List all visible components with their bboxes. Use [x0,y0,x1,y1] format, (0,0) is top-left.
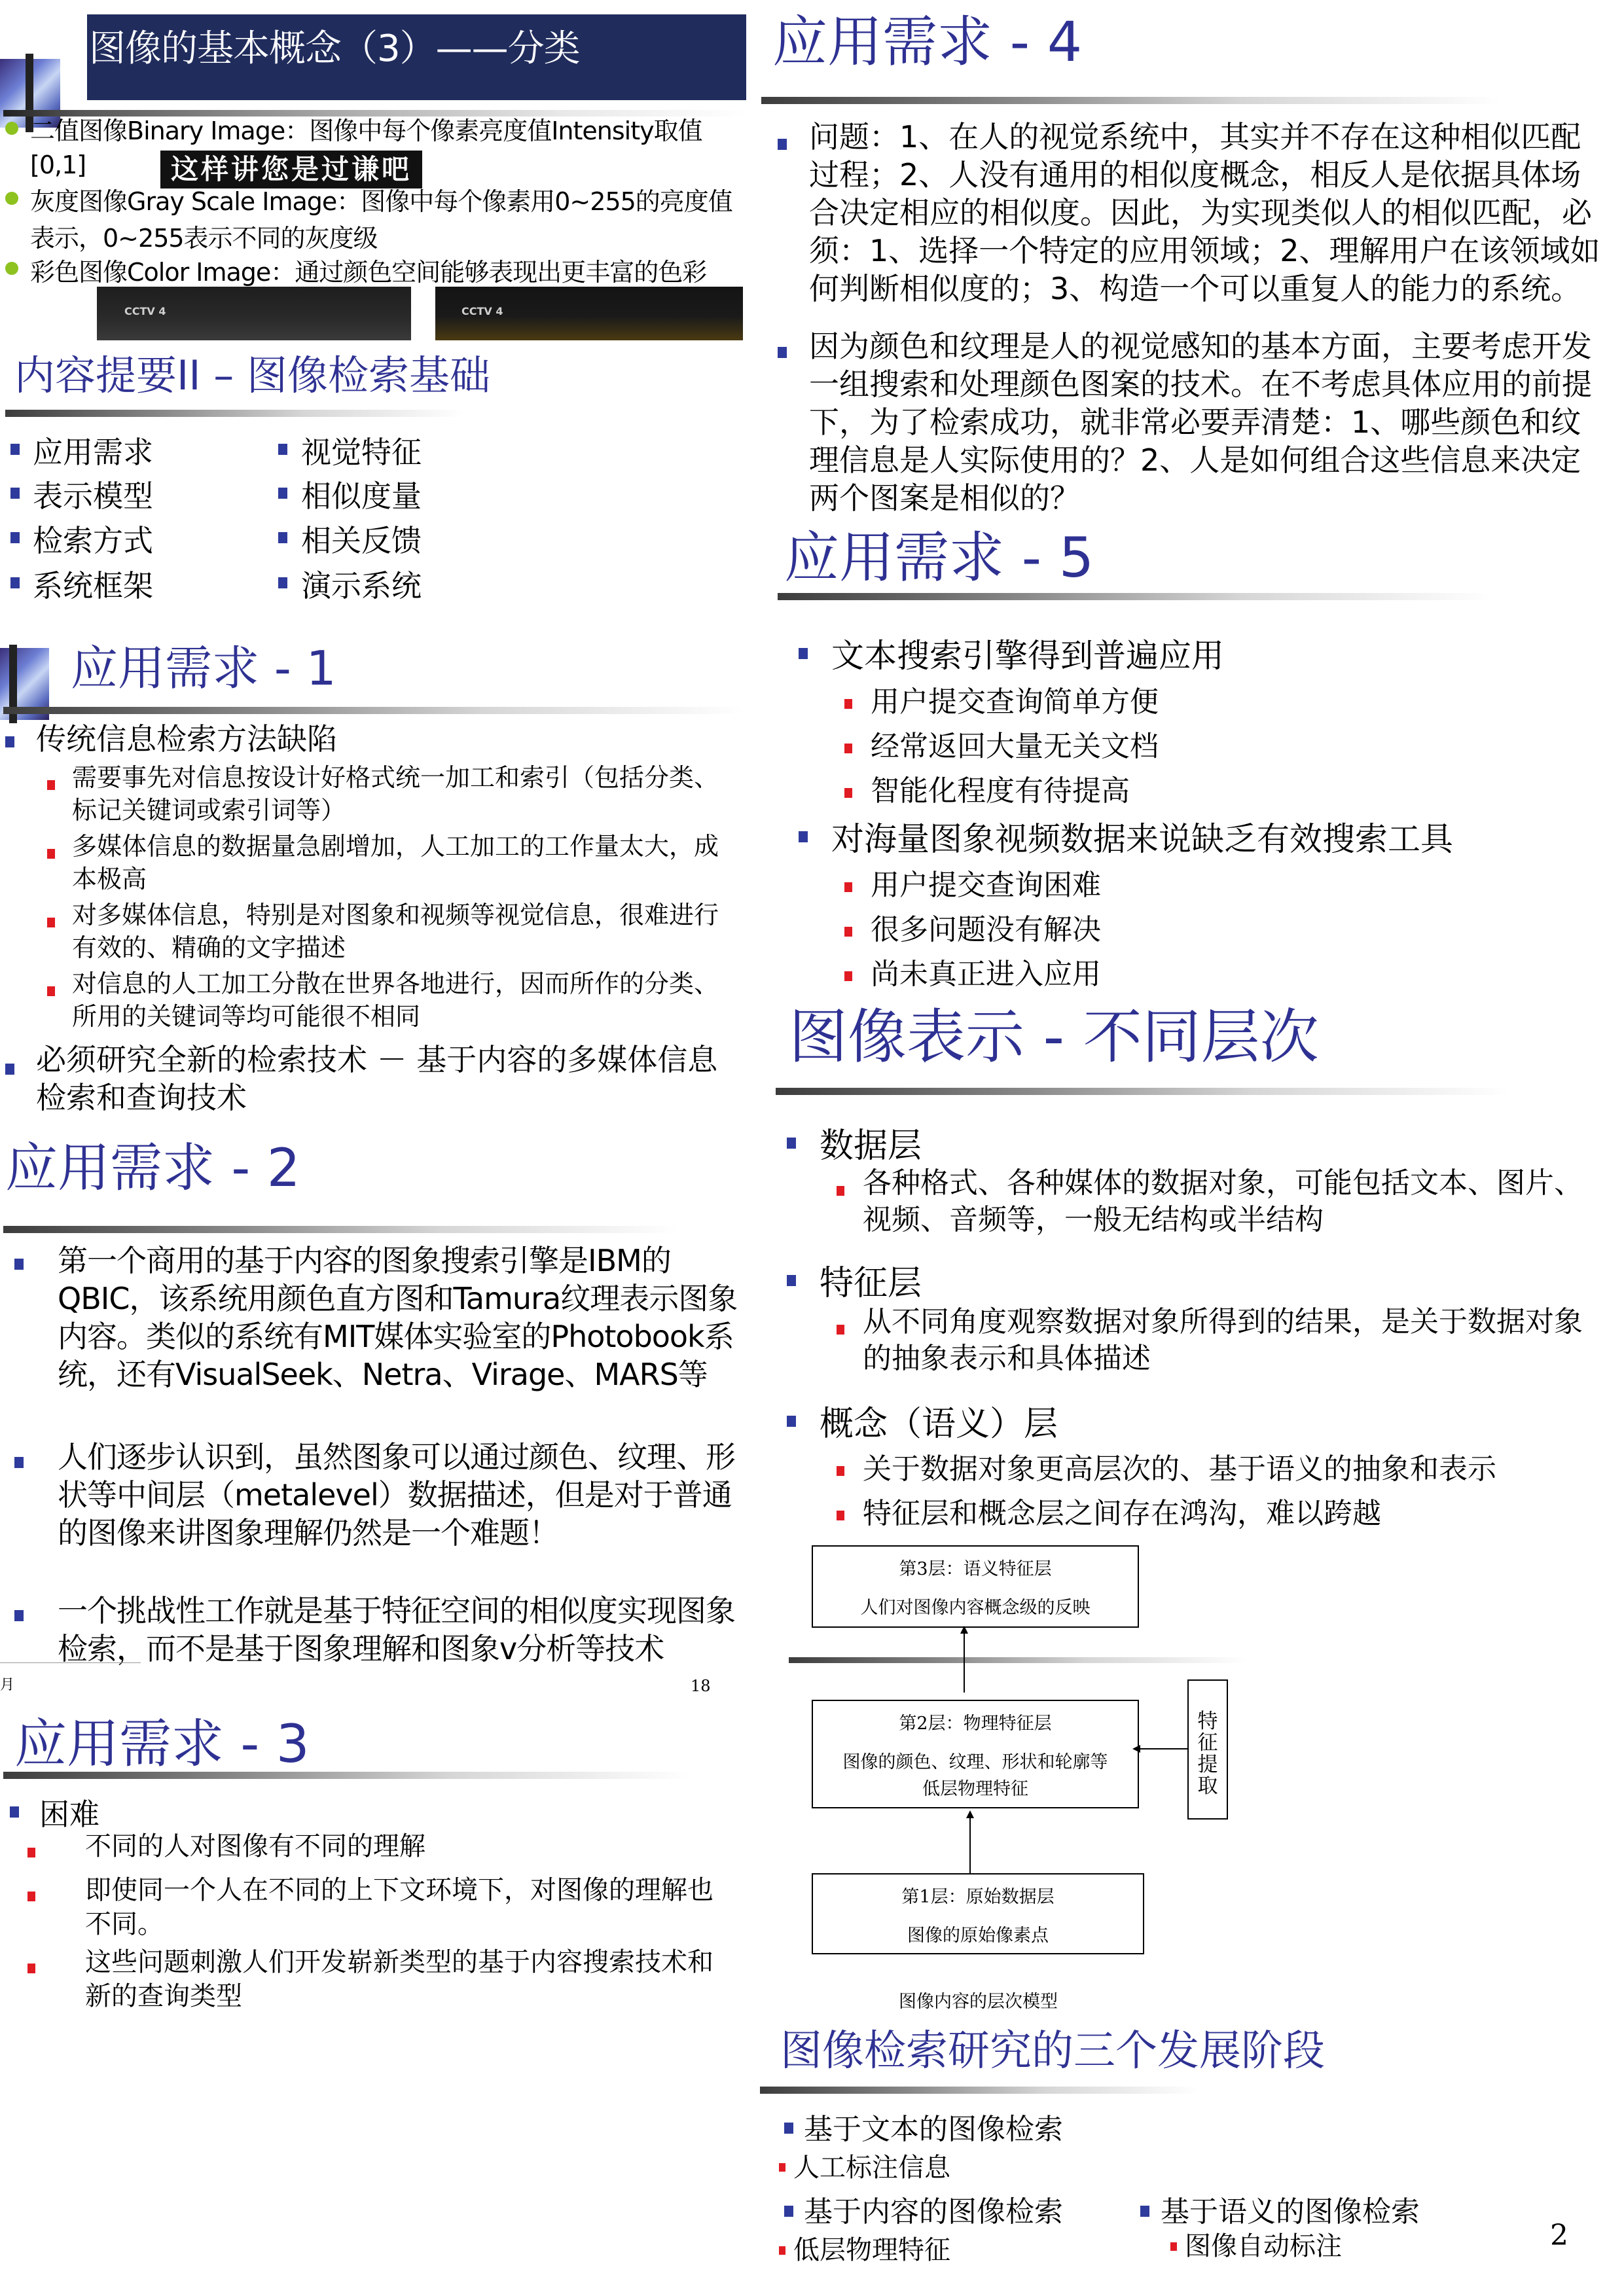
bullet-icon [278,532,287,543]
slide3-subitem: 需要事先对信息按设计好格式统一加工和索引（包括分类、标记关键词或索引词等） [72,761,740,827]
color-sample-image: CCTV 4 [435,287,743,340]
slide8-subitem: 特征层和概念层之间存在鸿沟，难以跨越 [863,1490,1381,1532]
sub-bullet-icon [27,1848,35,1857]
slide5-subitem: 不同的人对图像有不同的理解 [85,1829,772,1863]
slide3-subitem: 多媒体信息的数据量急剧增加，人工加工的工作量太大，成本极高 [72,830,740,895]
bullet-icon [10,444,20,455]
title-rule [776,1088,1509,1095]
layer2-desc1: 图像的颜色、纹理、形状和轮廓等 [813,1748,1138,1773]
bullet-icon [784,2206,793,2217]
slide4-item-text: 第一个商用的基于内容的图象搜索引擎是IBM的QBIC，该系统用颜色直方图和Tam… [58,1243,737,1392]
bullet-icon [784,2123,793,2134]
diagram-caption: 图像内容的层次模型 [899,1987,1058,2013]
bullet-icon [799,831,808,842]
sub-bullet-icon [844,788,852,798]
slide7-subitem: 很多问题没有解决 [871,906,1101,948]
slide4-item: 人们逐步认识到，虽然图象可以通过颜色、纹理、形状等中间层（metalevel）数… [58,1438,738,1552]
bullet-icon [10,532,20,543]
slide4-item: 一个挑战性工作就是基于特征空间的相似度实现图象检索，而不是基于图象理解和图象v分… [58,1592,738,1668]
stage-content-based: 基于内容的图像检索 [804,2188,1063,2230]
sub-bullet-icon [844,744,852,753]
green-bullet-icon [5,122,18,135]
outline-item: 演示系统 [301,562,422,605]
diagram-layer3-box: 第3层：语义特征层 人们对图像内容概念级的反映 [812,1545,1139,1628]
title-rule [3,1226,677,1233]
title-rule [778,593,1491,600]
outline-item: 应用需求 [33,429,153,472]
title-rule [761,97,1501,104]
slide2-title: 内容提要II – 图像检索基础 [14,355,490,396]
layer2-title: 第2层：物理特征层 [813,1709,1138,1734]
slide5-subitem: 即使同一个人在不同的上下文环境下，对图像的理解也不同。 [85,1873,733,1941]
slide7-subitem: 尚未真正进入应用 [871,950,1101,992]
title-rule [3,707,743,714]
arrow-left-icon [1139,1748,1190,1749]
bullet-icon [14,1259,24,1270]
slide7-item: 文本搜索引擎得到普遍应用 [831,630,1224,677]
bullet-icon [14,1610,24,1621]
slide8-item: 概念（语义）层 [820,1396,1058,1445]
slide3-item: 传统信息检索方法缺陷 [36,715,337,759]
page-number: 2 [1550,2219,1568,2252]
outline-item: 检索方式 [33,517,153,560]
title-rule [3,1772,691,1779]
slide6-title: 应用需求 - 4 [772,14,1082,69]
outline-item: 视觉特征 [301,429,422,472]
title-rule [789,1657,1247,1663]
stage-text-based-sub: 人工标注信息 [793,2147,950,2184]
slide8-item: 特征层 [820,1255,922,1304]
bullet-icon [10,577,20,588]
stage-semantic-based: 基于语义的图像检索 [1161,2188,1420,2230]
green-bullet-icon [5,192,18,205]
bullet-icon [1140,2206,1149,2217]
sub-bullet-icon [844,927,852,937]
slide7-subitem: 用户提交查询困难 [871,861,1101,903]
feature-extraction-box: 特征提取 [1187,1679,1228,1820]
bullet-icon [10,1806,19,1818]
diagram-layer1-box: 第1层：原始数据层 图像的原始像素点 [812,1873,1144,1954]
title-rule [760,2087,1199,2094]
diagram-layer2-box: 第2层：物理特征层 图像的颜色、纹理、形状和轮廓等 低层物理特征 [812,1700,1139,1808]
slide3-subitem: 对信息的人工加工分散在世界各地进行，因而所作的分类、所用的关键词等均可能很不相同 [72,967,740,1033]
bullet-icon [10,488,20,499]
layer2-desc2: 低层物理特征 [813,1774,1138,1800]
layer1-title: 第1层：原始数据层 [813,1882,1143,1908]
sub-bullet-icon [47,780,55,790]
sub-bullet-icon [779,2163,785,2172]
sub-bullet-icon [837,1186,844,1196]
green-bullet-icon [5,262,18,275]
bullet-icon [5,1064,14,1075]
sub-bullet-icon [47,986,55,996]
arrow-up-icon [964,1632,965,1693]
cctv-logo: CCTV 4 [461,305,503,317]
sub-bullet-icon [844,971,852,981]
sub-bullet-icon [27,1964,35,1973]
sub-bullet-icon [27,1892,35,1901]
slide7-item: 对海量图象视频数据来说缺乏有效搜索工具 [831,813,1453,860]
slide7-subitem: 智能化程度有待提高 [871,767,1130,809]
layer3-title: 第3层：语义特征层 [813,1554,1138,1580]
slide6-item: 因为颜色和纹理是人的视觉感知的基本方面，主要考虑开发一组搜索和处理颜色图案的技术… [809,327,1608,517]
footer-date: 月 [0,1674,14,1694]
slide1-item-grayscale: 灰度图像Gray Scale Image：图像中每个像素用0~255的亮度值表示… [30,183,737,257]
slide5-title: 应用需求 - 3 [14,1718,310,1770]
bullet-icon [787,1416,796,1427]
slide8-subitem: 各种格式、各种媒体的数据对象，可能包括文本、图片、视频、音频等，一般无结构或半结… [863,1165,1602,1238]
arrow-up-icon [969,1817,971,1873]
bullet-icon [787,1275,796,1286]
layer1-desc: 图像的原始像素点 [813,1921,1143,1946]
bullet-icon [778,347,787,358]
stage-content-based-sub: 低层物理特征 [793,2229,950,2267]
bullet-icon [278,488,287,499]
sub-bullet-icon [779,2246,785,2255]
slide3-item: 必须研究全新的检索技术 － 基于内容的多媒体信息检索和查询技术 [36,1041,740,1117]
title-rule [5,410,463,417]
sub-bullet-icon [837,1511,844,1520]
slide4-title: 应用需求 - 2 [5,1142,300,1194]
outline-item: 表示模型 [33,473,153,516]
footer-rule [0,1662,141,1663]
bullet-icon [278,577,287,588]
bullet-icon [14,1457,24,1468]
slide1-item-color: 彩色图像Color Image：通过颜色空间能够表现出更丰富的色彩 [30,254,737,291]
sub-bullet-icon [47,918,55,927]
slide9-title: 图像检索研究的三个发展阶段 [780,2030,1325,2072]
bullet-icon [787,1138,796,1149]
slide8-subitem: 从不同角度观察数据对象所得到的结果，是关于数据对象的抽象表示和具体描述 [863,1304,1602,1377]
slide3-title: 应用需求 - 1 [71,645,336,692]
bullet-icon [5,736,14,747]
slide7-title: 应用需求 - 5 [784,530,1094,585]
page-number: 18 [691,1677,711,1695]
slide8-title: 图像表示 - 不同层次 [789,1008,1319,1067]
grayscale-sample-image: CCTV 4 [97,287,411,340]
slide3-subitem: 对多媒体信息，特别是对图象和视频等视觉信息，很难进行有效的、精确的文字描述 [72,899,740,964]
slide5-subitem: 这些问题刺激人们开发崭新类型的基于内容搜索技术和新的查询类型 [85,1945,733,2013]
slide7-subitem: 经常返回大量无关文档 [871,723,1159,764]
sub-bullet-icon [47,849,55,859]
outline-item: 系统框架 [33,562,153,605]
stage-text-based: 基于文本的图像检索 [804,2106,1063,2147]
sub-bullet-icon [837,1325,844,1335]
outline-item: 相似度量 [301,473,422,516]
slide1-title: 图像的基本概念（3）——分类 [89,20,580,72]
sub-bullet-icon [837,1466,844,1476]
stage-semantic-based-sub: 图像自动标注 [1185,2225,1342,2263]
slide4-item: 第一个商用的基于内容的图象搜索引擎是IBM的QBIC，该系统用颜色直方图和Tam… [58,1242,738,1393]
slide7-subitem: 用户提交查询简单方便 [871,678,1159,720]
sub-bullet-icon [1170,2242,1177,2251]
slide5-item: 困难 [39,1791,99,1834]
layer3-desc: 人们对图像内容概念级的反映 [813,1593,1138,1619]
cctv-logo: CCTV 4 [124,305,166,317]
bullet-icon [799,648,808,659]
slide1-header: 图像的基本概念（3）——分类 [87,14,746,100]
sub-bullet-icon [844,699,852,709]
feature-extraction-label: 特征提取 [1198,1711,1218,1797]
slide8-subitem: 关于数据对象更高层次的、基于语义的抽象和表示 [863,1445,1496,1487]
slide6-item: 问题：1、在人的视觉系统中，其实并不存在这种相似匹配过程；2、人没有通用的相似度… [809,118,1608,308]
bullet-icon [278,444,287,455]
slide8-item: 数据层 [820,1118,922,1167]
sub-bullet-icon [844,882,852,892]
bullet-icon [778,139,787,150]
outline-item: 相关反馈 [301,517,422,560]
